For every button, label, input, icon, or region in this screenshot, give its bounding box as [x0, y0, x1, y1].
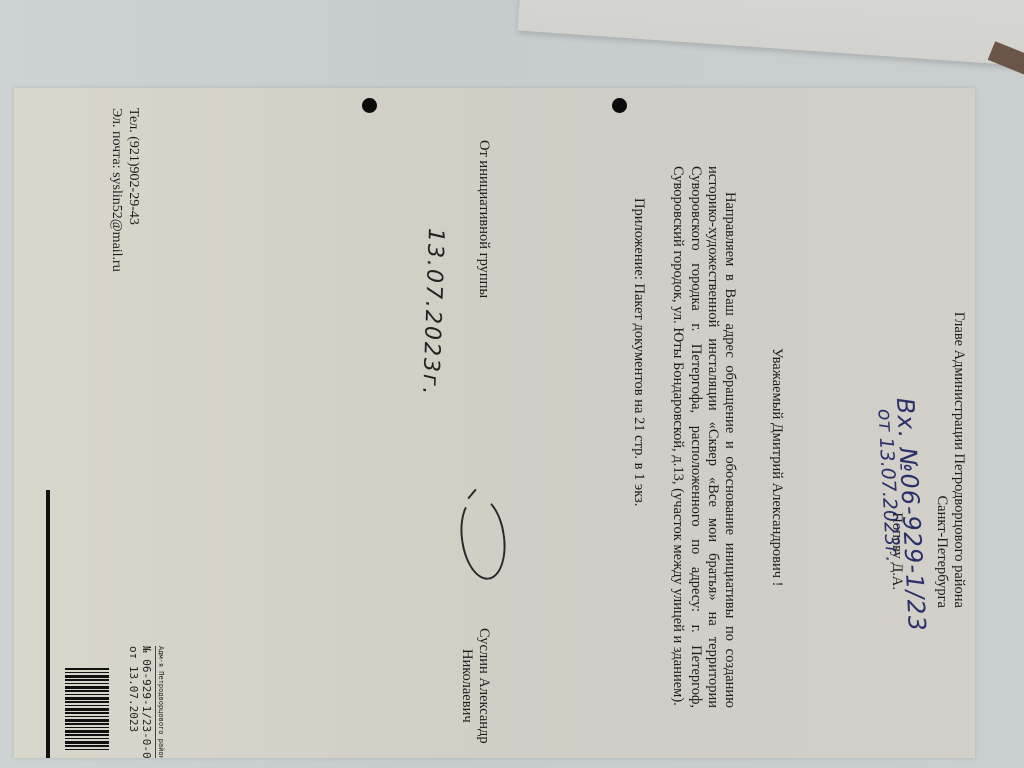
punch-hole-icon [362, 98, 377, 113]
addressee-line-1: Главе Администрации Петродворцового райо… [950, 312, 967, 608]
handwritten-date: 13.07.2023г. [417, 228, 448, 397]
document-sheet: Главе Администрации Петродворцового райо… [14, 88, 975, 758]
letter-page: Главе Администрации Петродворцового райо… [14, 88, 975, 758]
signer-name: Суслин Александр Николаевич [458, 628, 492, 744]
body-paragraph: Направляем в Ваш адрес обращение и обосн… [669, 166, 738, 708]
registration-number: № 06-929-1/23-0-0 [140, 646, 153, 758]
contact-info: Тел. (921)902-29-43 Эл. почта: syslin52@… [108, 108, 142, 272]
letter-body: Направляем в Ваш адрес обращение и обосн… [669, 166, 738, 708]
addressee-line-2: Санкт-Петербурга [933, 312, 950, 608]
sender-label: От инициативной группы [475, 140, 492, 298]
signer-line-1: Суслин Александр [475, 628, 492, 744]
contact-phone: Тел. (921)902-29-43 [125, 108, 142, 272]
registration-date: от 13.07.2023 [127, 646, 140, 758]
registration-org: Адм-я Петродворцового района СПб [155, 646, 165, 758]
contact-email: Эл. почта: syslin52@mail.ru [108, 108, 125, 272]
signature-icon [455, 493, 510, 582]
signer-line-2: Николаевич [458, 628, 475, 744]
registration-label: Адм-я Петродворцового района СПб № 06-92… [127, 646, 165, 758]
attachment-note: Приложение: Пакет документов на 21 стр. … [630, 198, 647, 506]
punch-hole-icon [612, 98, 627, 113]
greeting: Уважаемый Дмитрий Александрович ! [768, 348, 785, 587]
margin-rule-line [46, 490, 50, 758]
barcode-icon [65, 668, 109, 750]
